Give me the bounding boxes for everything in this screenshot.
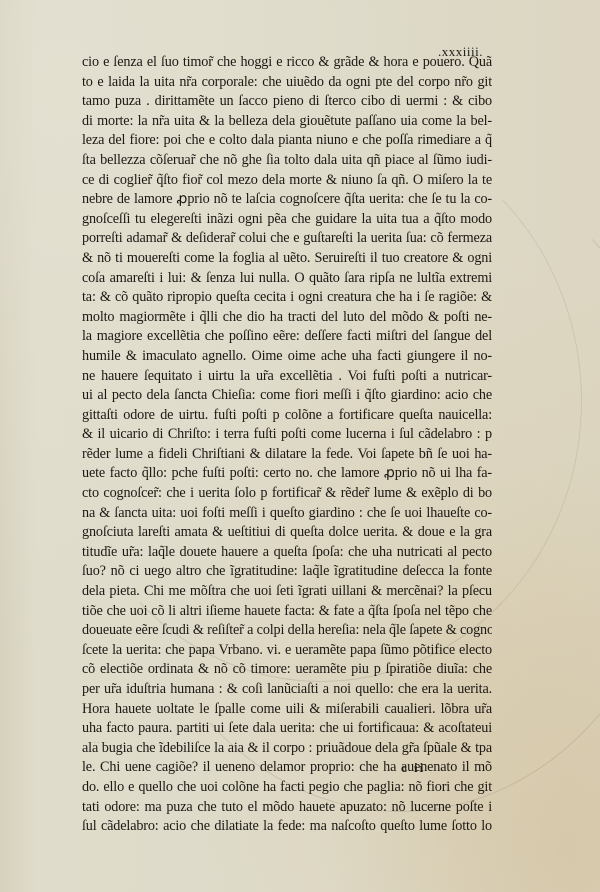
text-line: ala bugia che ĩdebiliſce la aia & il cor…	[82, 739, 492, 759]
text-line: porreſti adamar̃ & deſiderar̃ colui che …	[82, 229, 492, 249]
text-line: tiõe che uoi cõ li altri iſieme hauete f…	[82, 602, 492, 622]
text-line: gittaſti odore de uirtu. fuſti poſti p c…	[82, 406, 492, 426]
text-line: humile & imaculato agnello. Oime oime ac…	[82, 347, 492, 367]
book-page: .xxxiiii. cio e ſenza el ſuo timor̃ che …	[0, 0, 600, 892]
text-line: la magiore excellẽtia che poſſino eẽre: …	[82, 327, 492, 347]
text-line: leza del fiore: poi che e colto dala pia…	[82, 131, 492, 151]
signature-mark: c ii	[401, 760, 425, 776]
text-line: molto magiormẽte i q̃lli che dio ha trac…	[82, 308, 492, 328]
text-line: uha facto paura. partiti ui ſete dala ue…	[82, 719, 492, 739]
text-line: titudĩe ur̃a: laq̃le douete hauere a que…	[82, 543, 492, 563]
text-line: ce di coglier̃ q̃ſto fior̃ col mezo dela…	[82, 171, 492, 191]
text-line: cio e ſenza el ſuo timor̃ che hoggi e ri…	[82, 53, 492, 73]
text-line: rẽder lume a fideli Chriſtiani & dilatar…	[82, 445, 492, 465]
text-line: doueuate eẽre ſcudi & reſiſter̃ a colpi …	[82, 621, 492, 641]
text-line: gnoſceſſi tu elegereſti inãzi ogni pẽa c…	[82, 210, 492, 230]
text-line: ne hauere ſequitato i uirtu la ur̃a exce…	[82, 367, 492, 387]
text-line: & il uicario di Chriſto: i terra fuſti p…	[82, 425, 492, 445]
text-line: cto cognoſcer̃: che i uerita ſolo p fort…	[82, 484, 492, 504]
text-line: ta: & cõ quãto ripropio queſta cecita i …	[82, 288, 492, 308]
text-line: to e laida la uita nr̃a corporale: che u…	[82, 73, 492, 93]
text-line: ſta bellezza cõſeruar̃ che nõ ghe ſia to…	[82, 151, 492, 171]
text-line: coſa amareſti i lui: & ſenza lui nulla. …	[82, 269, 492, 289]
text-line: ſcete la uerita: che papa Vrbano. vi. e …	[82, 641, 492, 661]
text-line: nebre de lamore ꝓprio nõ te laſcia cogno…	[82, 190, 492, 210]
text-line: le. Chi uene cagiõe? il ueneno delamor p…	[82, 758, 492, 778]
text-line: per ur̃a iduſtria humana : & coſi lanũci…	[82, 680, 492, 700]
text-line: di morte: la nr̃a uita & la belleza dela…	[82, 112, 492, 132]
text-line: do. ello e quello che uoi colõne ha fact…	[82, 778, 492, 798]
text-line: cõ electiõe ordinata & nõ cõ timore: uer…	[82, 660, 492, 680]
text-line: uete facto q̃llo: pche fuſti poſti: cert…	[82, 464, 492, 484]
text-line: tati odore: ma puza che tuto el mõdo hau…	[82, 798, 492, 818]
show-through-text: .....	[90, 735, 108, 746]
text-line: & nõ ti mouereſti come la foglia al uẽto…	[82, 249, 492, 269]
text-block: cio e ſenza el ſuo timor̃ che hoggi e ri…	[82, 53, 492, 837]
text-line: ſuo? nõ ci uego altro che ĩgratitudine: …	[82, 562, 492, 582]
text-line: gnoſciuta lareſti amata & ueſtitiui di q…	[82, 523, 492, 543]
text-line: tamo puza . dirittamẽte un ſacco pieno d…	[82, 92, 492, 112]
text-line: Hora hauete uoltate le ſpalle come uili …	[82, 700, 492, 720]
text-line: ſul cãdelabro: acio che dilatiate la fed…	[82, 817, 492, 837]
text-line: dela pieta. Chi me mõſtra che uoi ſeti ĩ…	[82, 582, 492, 602]
text-line: na & ſancta uita: uoi foſti meſſi i queſ…	[82, 504, 492, 524]
text-line: ui al pecto dela ſancta Chieſia: come fi…	[82, 386, 492, 406]
